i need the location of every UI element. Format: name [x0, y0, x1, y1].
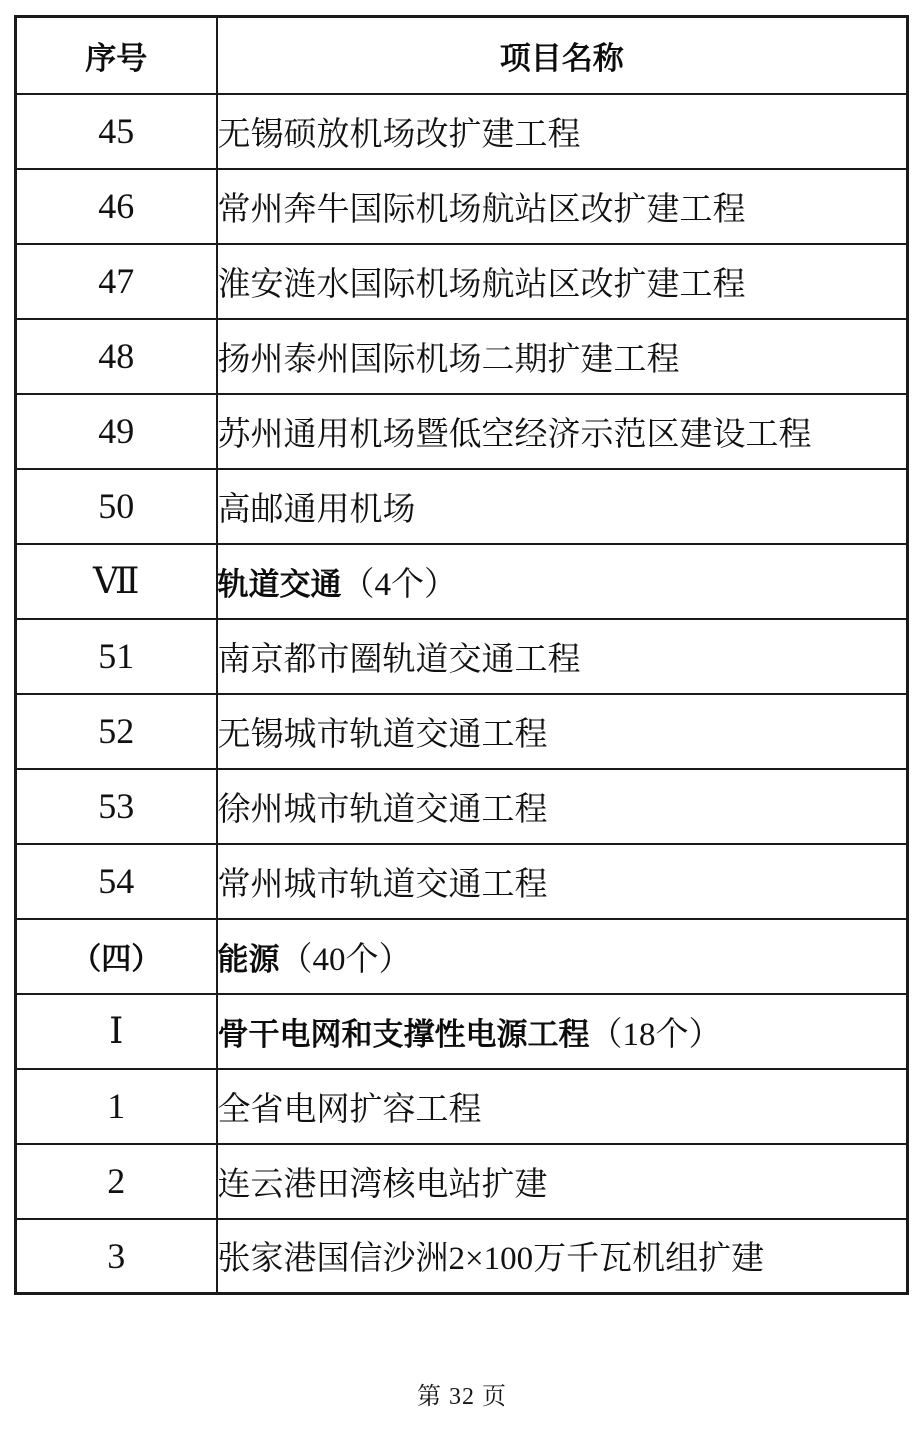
page-number-footer: 第 32 页 [0, 1376, 924, 1411]
project-name: 徐州城市轨道交通工程 [218, 792, 548, 828]
table-row: 53 徐州城市轨道交通工程 [16, 769, 908, 844]
table-row: Ⅶ 轨道交通（4个） [16, 544, 908, 619]
row-project-cell: 骨干电网和支撑性电源工程（18个） [217, 994, 908, 1069]
row-project-cell: 淮安涟水国际机场航站区改扩建工程 [217, 244, 908, 319]
row-serial: 47 [98, 261, 134, 301]
table-row: 54 常州城市轨道交通工程 [16, 844, 908, 919]
row-project-cell: 能源（40个） [217, 919, 908, 994]
row-serial: Ⅶ [93, 561, 139, 601]
project-count-suffix: （18个） [590, 1017, 722, 1053]
project-name: 骨干电网和支撑性电源工程 [218, 1017, 590, 1052]
project-name: 常州城市轨道交通工程 [218, 867, 548, 903]
col-header-project-name: 项目名称 [217, 17, 908, 94]
row-serial: 1 [107, 1086, 125, 1126]
table-row: 3 张家港国信沙洲2×100万千瓦机组扩建 [16, 1219, 908, 1294]
row-project-cell: 轨道交通（4个） [217, 544, 908, 619]
row-serial: 50 [98, 486, 134, 526]
table-row: 51 南京都市圈轨道交通工程 [16, 619, 908, 694]
row-serial-cell: 46 [16, 169, 217, 244]
row-serial-cell: 1 [16, 1069, 217, 1144]
row-serial: 53 [98, 786, 134, 826]
table-row: （四） 能源（40个） [16, 919, 908, 994]
row-serial-cell: 45 [16, 94, 217, 169]
row-project-cell: 全省电网扩容工程 [217, 1069, 908, 1144]
project-name: 高邮通用机场 [218, 492, 416, 528]
table-row: 49 苏州通用机场暨低空经济示范区建设工程 [16, 394, 908, 469]
col-header-serial: 序号 [16, 17, 217, 94]
project-name: 连云港田湾核电站扩建 [218, 1167, 548, 1203]
row-project-cell: 苏州通用机场暨低空经济示范区建设工程 [217, 394, 908, 469]
row-serial: 52 [98, 711, 134, 751]
row-project-cell: 无锡硕放机场改扩建工程 [217, 94, 908, 169]
project-name: 全省电网扩容工程 [218, 1092, 482, 1128]
row-serial-cell: 49 [16, 394, 217, 469]
project-name: 扬州泰州国际机场二期扩建工程 [218, 342, 680, 378]
row-serial-cell: 47 [16, 244, 217, 319]
table-header: 序号 项目名称 [16, 17, 908, 94]
row-project-cell: 张家港国信沙洲2×100万千瓦机组扩建 [217, 1219, 908, 1294]
document-page: 序号 项目名称 45 无锡硕放机场改扩建工程 46 常州奔牛国际机场航站区改扩建… [0, 0, 924, 1446]
row-serial-cell: Ⅶ [16, 544, 217, 619]
table-row: 2 连云港田湾核电站扩建 [16, 1144, 908, 1219]
row-serial: 51 [98, 636, 134, 676]
table-row: Ⅰ 骨干电网和支撑性电源工程（18个） [16, 994, 908, 1069]
table-body: 45 无锡硕放机场改扩建工程 46 常州奔牛国际机场航站区改扩建工程 47 淮安… [16, 94, 908, 1294]
project-count-suffix: （4个） [342, 567, 458, 603]
table-row: 47 淮安涟水国际机场航站区改扩建工程 [16, 244, 908, 319]
row-serial-cell: 51 [16, 619, 217, 694]
row-serial: 48 [98, 336, 134, 376]
project-name: 能源 [218, 942, 280, 977]
row-serial-cell: 2 [16, 1144, 217, 1219]
project-name: 张家港国信沙洲2×100万千瓦机组扩建 [218, 1241, 765, 1277]
header-row: 序号 项目名称 [16, 17, 908, 94]
row-serial-cell: 53 [16, 769, 217, 844]
project-name: 淮安涟水国际机场航站区改扩建工程 [218, 267, 746, 303]
project-name: 苏州通用机场暨低空经济示范区建设工程 [218, 417, 812, 453]
row-serial: （四） [71, 943, 161, 976]
project-name: 常州奔牛国际机场航站区改扩建工程 [218, 192, 746, 228]
project-name: 南京都市圈轨道交通工程 [218, 642, 581, 678]
row-serial-cell: 50 [16, 469, 217, 544]
row-project-cell: 无锡城市轨道交通工程 [217, 694, 908, 769]
row-project-cell: 高邮通用机场 [217, 469, 908, 544]
row-serial-cell: 3 [16, 1219, 217, 1294]
table-row: 1 全省电网扩容工程 [16, 1069, 908, 1144]
row-serial: 46 [98, 186, 134, 226]
row-project-cell: 徐州城市轨道交通工程 [217, 769, 908, 844]
table-row: 52 无锡城市轨道交通工程 [16, 694, 908, 769]
table-row: 48 扬州泰州国际机场二期扩建工程 [16, 319, 908, 394]
table-row: 46 常州奔牛国际机场航站区改扩建工程 [16, 169, 908, 244]
project-name: 无锡城市轨道交通工程 [218, 717, 548, 753]
row-serial-cell: （四） [16, 919, 217, 994]
row-serial-cell: Ⅰ [16, 994, 217, 1069]
project-name: 轨道交通 [218, 567, 342, 602]
row-serial: 49 [98, 411, 134, 451]
row-project-cell: 连云港田湾核电站扩建 [217, 1144, 908, 1219]
row-serial: 45 [98, 111, 134, 151]
row-serial: Ⅰ [109, 1011, 123, 1051]
project-table: 序号 项目名称 45 无锡硕放机场改扩建工程 46 常州奔牛国际机场航站区改扩建… [14, 15, 909, 1295]
row-serial: 2 [107, 1161, 125, 1201]
table-row: 45 无锡硕放机场改扩建工程 [16, 94, 908, 169]
row-project-cell: 南京都市圈轨道交通工程 [217, 619, 908, 694]
table-row: 50 高邮通用机场 [16, 469, 908, 544]
row-serial: 54 [98, 861, 134, 901]
project-name: 无锡硕放机场改扩建工程 [218, 117, 581, 153]
row-serial-cell: 52 [16, 694, 217, 769]
row-project-cell: 扬州泰州国际机场二期扩建工程 [217, 319, 908, 394]
project-count-suffix: （40个） [280, 942, 412, 978]
row-serial: 3 [107, 1236, 125, 1276]
row-serial-cell: 48 [16, 319, 217, 394]
row-project-cell: 常州奔牛国际机场航站区改扩建工程 [217, 169, 908, 244]
row-serial-cell: 54 [16, 844, 217, 919]
row-project-cell: 常州城市轨道交通工程 [217, 844, 908, 919]
